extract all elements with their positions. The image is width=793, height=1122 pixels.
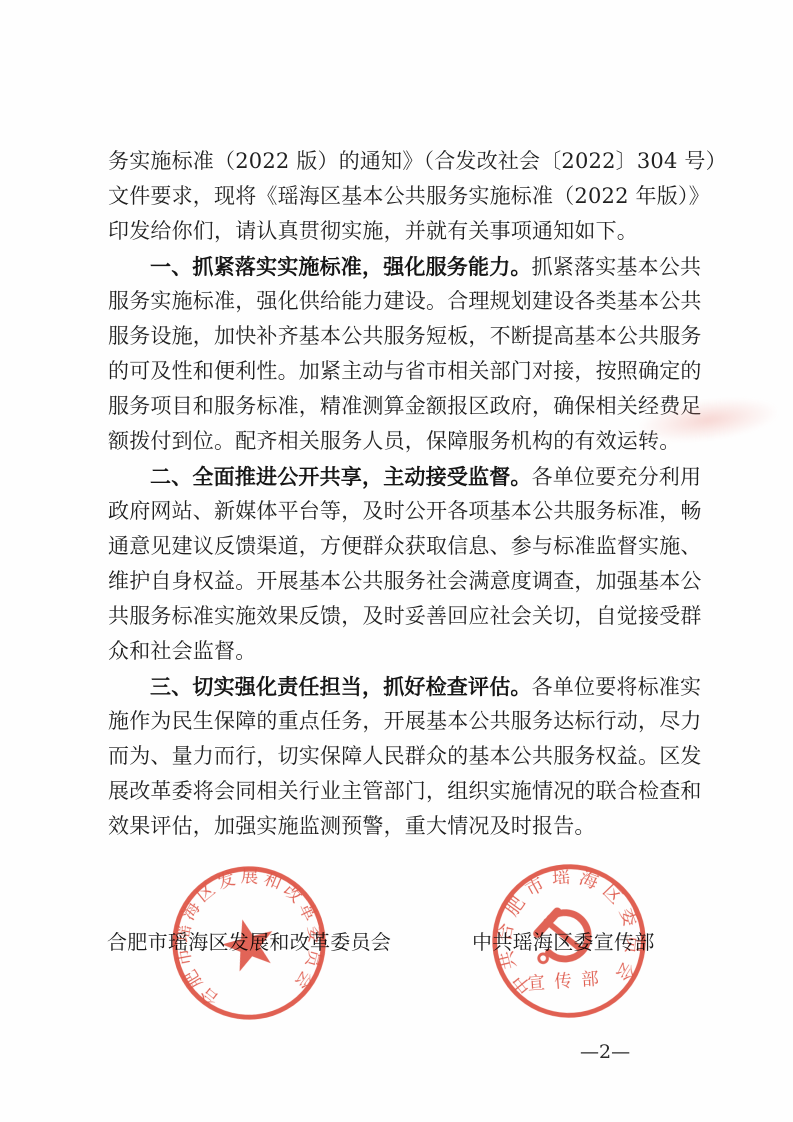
paragraph-text: 各单位要充分利用 bbox=[532, 465, 702, 489]
paragraph-text: 额拨付到位。配齐相关服务人员，保障服务机构的有效运转。 bbox=[108, 429, 680, 453]
text-line: 而为、量力而行，切实保障人民群众的基本公共服务权益。区发 bbox=[108, 739, 708, 774]
text-lines: 务实施标准（2022 版）的通知》（合发改社会〔2022〕304 号）文件要求，… bbox=[108, 144, 708, 844]
paragraph-heading: 二、全面推进公开共享，主动接受监督。 bbox=[150, 464, 532, 489]
text-line: 政府网站、新媒体平台等，及时公开各项基本公共服务标准，畅 bbox=[108, 494, 708, 529]
text-line: 印发给你们，请认真贯彻实施，并就有关事项通知如下。 bbox=[108, 214, 708, 249]
paragraph-text: 务实施标准（2022 版）的通知》（合发改社会〔2022〕304 号） bbox=[108, 149, 727, 173]
page-number: —2— bbox=[580, 1041, 630, 1063]
text-line: 的可及性和便利性。加紧主动与省市相关部门对接，按照确定的 bbox=[108, 354, 708, 389]
text-line: 效果评估，加强实施监测预警，重大情况及时报告。 bbox=[108, 809, 708, 844]
text-line: 服务设施，加快补齐基本公共服务短板，不断提高基本公共服务 bbox=[108, 319, 708, 354]
paragraph-text: 通意见建议反馈渠道，方便群众获取信息、参与标准监督实施、 bbox=[108, 534, 702, 558]
paragraph-text: 抓紧落实基本公共 bbox=[532, 255, 702, 279]
document-text: 务实施标准（2022 版）的通知》（合发改社会〔2022〕304 号）文件要求，… bbox=[108, 144, 708, 844]
paragraph-heading: 一、抓紧落实实施标准，强化服务能力。 bbox=[150, 254, 532, 279]
official-seal-propaganda-department: 中共合肥市瑶海区委员会 宣传部 bbox=[481, 853, 656, 1028]
paragraph-text: 服务设施，加快补齐基本公共服务短板，不断提高基本公共服务 bbox=[108, 324, 702, 348]
paragraph-text: 效果评估，加强实施监测预警，重大情况及时报告。 bbox=[108, 814, 596, 838]
paragraph-text: 展改革委将会同相关行业主管部门，组织实施情况的联合检查和 bbox=[108, 779, 702, 803]
paragraph-text: 服务项目和服务标准，精准测算金额报区政府，确保相关经费足 bbox=[108, 394, 702, 418]
paragraph-text: 各单位要将标准实 bbox=[532, 675, 702, 699]
seal-inner-text: 宣传部 bbox=[527, 969, 609, 995]
hammer-sickle-icon bbox=[536, 910, 590, 963]
text-line: 务实施标准（2022 版）的通知》（合发改社会〔2022〕304 号） bbox=[108, 144, 708, 179]
paragraph-text: 维护自身权益。开展基本公共服务社会满意度调查，加强基本公 bbox=[108, 569, 702, 593]
text-line: 服务项目和服务标准，精准测算金额报区政府，确保相关经费足 bbox=[108, 389, 708, 424]
paragraph-text: 服务实施标准，强化供给能力建设。合理规划建设各类基本公共 bbox=[108, 289, 702, 313]
text-line: 众和社会监督。 bbox=[108, 634, 708, 669]
text-line: 一、抓紧落实实施标准，强化服务能力。抓紧落实基本公共 bbox=[108, 249, 708, 284]
official-seal-development-reform: 合肥市瑶海区发展和改革委员会 bbox=[155, 849, 342, 1036]
paragraph-text: 政府网站、新媒体平台等，及时公开各项基本公共服务标准，畅 bbox=[108, 499, 702, 523]
text-line: 通意见建议反馈渠道，方便群众获取信息、参与标准监督实施、 bbox=[108, 529, 708, 564]
paragraph-heading: 三、切实强化责任担当，抓好检查评估。 bbox=[150, 674, 532, 699]
paragraph-text: 施作为民生保障的重点任务，开展基本公共服务达标行动，尽力 bbox=[108, 709, 702, 733]
text-line: 二、全面推进公开共享，主动接受监督。各单位要充分利用 bbox=[108, 459, 708, 494]
text-line: 共服务标准实施效果反馈，及时妥善回应社会关切，自觉接受群 bbox=[108, 599, 708, 634]
paragraph-text: 共服务标准实施效果反馈，及时妥善回应社会关切，自觉接受群 bbox=[108, 604, 702, 628]
paragraph-text: 众和社会监督。 bbox=[108, 639, 256, 663]
text-line: 展改革委将会同相关行业主管部门，组织实施情况的联合检查和 bbox=[108, 774, 708, 809]
text-line: 维护自身权益。开展基本公共服务社会满意度调查，加强基本公 bbox=[108, 564, 708, 599]
text-line: 服务实施标准，强化供给能力建设。合理规划建设各类基本公共 bbox=[108, 284, 708, 319]
scanned-document-page: 务实施标准（2022 版）的通知》（合发改社会〔2022〕304 号）文件要求，… bbox=[0, 0, 793, 1122]
text-line: 额拨付到位。配齐相关服务人员，保障服务机构的有效运转。 bbox=[108, 424, 708, 459]
paragraph-text: 印发给你们，请认真贯彻实施，并就有关事项通知如下。 bbox=[108, 219, 638, 243]
paragraph-text: 文件要求，现将《瑶海区基本公共服务实施标准（2022 年版）》 bbox=[108, 184, 710, 208]
text-line: 三、切实强化责任担当，抓好检查评估。各单位要将标准实 bbox=[108, 669, 708, 704]
paragraph-text: 的可及性和便利性。加紧主动与省市相关部门对接，按照确定的 bbox=[108, 359, 702, 383]
text-line: 文件要求，现将《瑶海区基本公共服务实施标准（2022 年版）》 bbox=[108, 179, 708, 214]
star-icon bbox=[217, 913, 280, 974]
text-line: 施作为民生保障的重点任务，开展基本公共服务达标行动，尽力 bbox=[108, 704, 708, 739]
paragraph-text: 而为、量力而行，切实保障人民群众的基本公共服务权益。区发 bbox=[108, 744, 702, 768]
